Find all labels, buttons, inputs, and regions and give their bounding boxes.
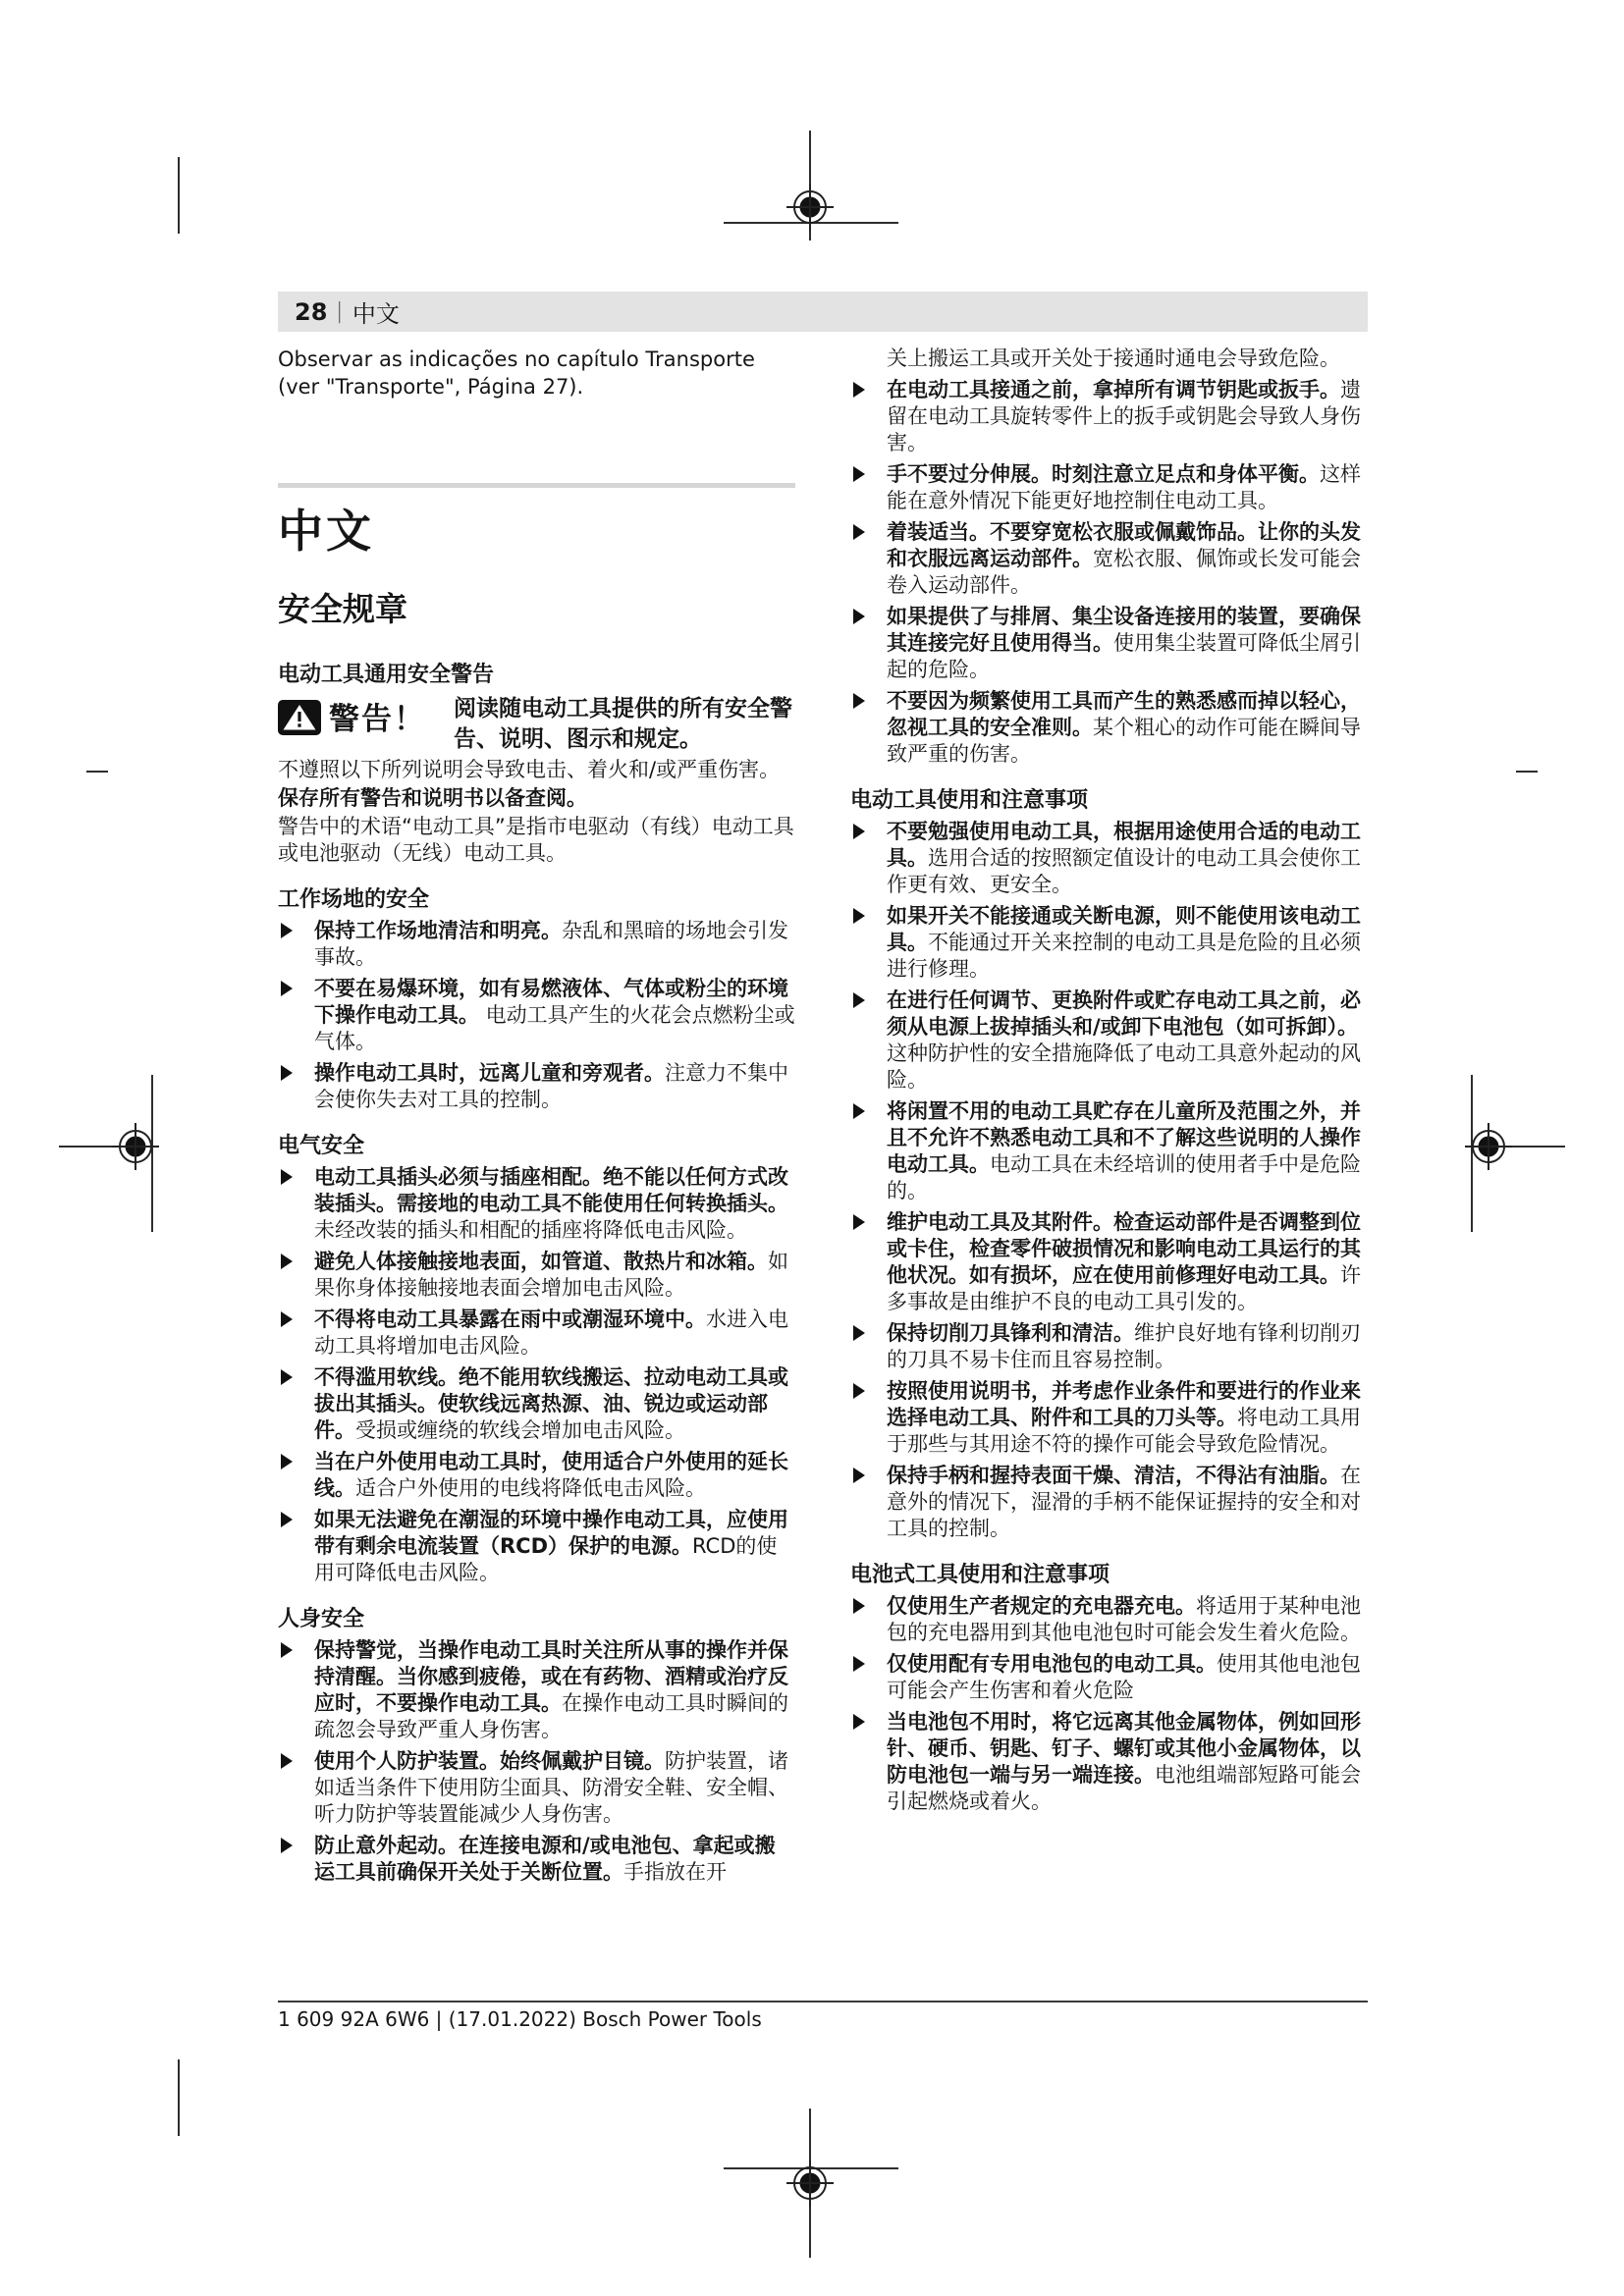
bullet-bold-text: 在电动工具接通之前，拿掉所有调节钥匙或扳手。 [887, 378, 1340, 401]
section-title: 安全规章 [278, 584, 795, 630]
bullet-arrow-icon [281, 981, 293, 996]
paragraph: 警告中的术语“电动工具”是指市电驱动（有线）电动工具或电池驱动（无线）电动工具。 [278, 814, 795, 867]
continuation-paragraph: 关上搬运工具或开关处于接通时通电会导致危险。 [850, 346, 1368, 372]
bullet-item: 不得滥用软线。绝不能用软线搬运、拉动电动工具或拔出其插头。使软线远离热源、油、锐… [278, 1364, 795, 1444]
bullet-bold-text: 将闲置不用的电动工具贮存在儿童所及范围之外，并且不允许不熟悉电动工具和不了解这些… [887, 1099, 1361, 1176]
subsection-heading: 电池式工具使用和注意事项 [850, 1558, 1368, 1588]
bullet-bold-text: 不得将电动工具暴露在雨中或潮湿环境中。 [314, 1308, 706, 1331]
header-separator: | [338, 299, 342, 324]
chapter-title: 中文 [278, 496, 795, 561]
bullet-list: 保持工作场地清洁和明亮。杂乱和黑暗的场地会引发事故。不要在易爆环境，如有易燃液体… [278, 918, 795, 1113]
bullet-bold-text: 按照使用说明书，并考虑作业条件和要进行的作业来选择电动工具、附件和工具的刀头等。 [887, 1379, 1361, 1429]
subsection-heading: 工作场地的安全 [278, 882, 795, 913]
bullet-item: 电动工具插头必须与插座相配。绝不能以任何方式改装插头。需接地的电动工具不能使用任… [278, 1164, 795, 1244]
bullet-arrow-icon [853, 1598, 865, 1614]
bullet-bold-text: 如果开关不能接通或关断电源，则不能使用该电动工具。 [887, 904, 1361, 954]
bullet-arrow-icon [853, 908, 865, 924]
fold-mark-right [1516, 771, 1538, 773]
bullet-item: 保持工作场地清洁和明亮。杂乱和黑暗的场地会引发事故。 [278, 918, 795, 971]
bullet-item: 避免人体接触接地表面，如管道、散热片和冰箱。如果你身体接触接地表面会增加电击风险… [278, 1249, 795, 1302]
bullet-item: 在电动工具接通之前，拿掉所有调节钥匙或扳手。遗留在电动工具旋转零件上的扳手或钥匙… [850, 377, 1368, 456]
bullet-bold-text: 保持手柄和握持表面干燥、清洁，不得沾有油脂。 [887, 1464, 1340, 1487]
bullet-bold-text: 保持切削刀具锋利和清洁。 [887, 1321, 1134, 1345]
crop-mark-top-left [178, 157, 180, 234]
warning-text: 阅读随电动工具提供的所有安全警告、说明、图示和规定。 [454, 694, 795, 755]
bullet-arrow-icon [853, 824, 865, 839]
bullet-item: 如果无法避免在潮湿的环境中操作电动工具，应使用带有剩余电流装置（RCD）保护的电… [278, 1507, 795, 1586]
bullet-item: 着装适当。不要穿宽松衣服或佩戴饰品。让你的头发和衣服远离运动部件。宽松衣服、佩饰… [850, 519, 1368, 599]
left-column: Observar as indicações no capítulo Trans… [278, 346, 795, 1891]
bullet-item: 当在户外使用电动工具时，使用适合户外使用的延长线。适合户外使用的电线将降低电击风… [278, 1449, 795, 1502]
bullet-arrow-icon [281, 923, 293, 938]
bullet-item: 不要在易爆环境，如有易燃液体、气体或粉尘的环境下操作电动工具。 电动工具产生的火… [278, 976, 795, 1055]
bullet-bold-text: 不要因为频繁使用工具而产生的熟悉感而掉以轻心，忽视工具的安全准则。 [887, 689, 1361, 739]
bullet-item: 仅使用生产者规定的充电器充电。将适用于某种电池包的充电器用到其他电池包时可能会发… [850, 1593, 1368, 1646]
bullet-item: 使用个人防护装置。始终佩戴护目镜。防护装置，诸如适当条件下使用防尘面具、防滑安全… [278, 1748, 795, 1828]
bullet-bold-text: 维护电动工具及其附件。检查运动部件是否调整到位或卡住，检查零件破损情况和影响电动… [887, 1210, 1361, 1287]
bullet-item: 操作电动工具时，远离儿童和旁观者。注意力不集中会使你失去对工具的控制。 [278, 1060, 795, 1113]
subsection-heading: 人身安全 [278, 1602, 795, 1632]
bullet-arrow-icon [853, 1214, 865, 1230]
bullet-list: 仅使用生产者规定的充电器充电。将适用于某种电池包的充电器用到其他电池包时可能会发… [850, 1593, 1368, 1815]
bullet-bold-text: 不得滥用软线。绝不能用软线搬运、拉动电动工具或拔出其插头。使软线远离热源、油、锐… [314, 1365, 788, 1442]
bullet-arrow-icon [853, 1103, 865, 1119]
bullet-bold-text: 在进行任何调节、更换附件或贮存电动工具之前，必须从电源上拔掉插头和/或卸下电池包… [887, 988, 1361, 1039]
bullet-arrow-icon [281, 1311, 293, 1327]
warning-triangle-icon [278, 700, 321, 735]
bullet-item: 不要因为频繁使用工具而产生的熟悉感而掉以轻心，忽视工具的安全准则。某个粗心的动作… [850, 688, 1368, 768]
bullet-arrow-icon [281, 1254, 293, 1269]
bullet-item: 如果提供了与排屑、集尘设备连接用的装置，要确保其连接完好且使用得当。使用集尘装置… [850, 604, 1368, 683]
bullet-item: 维护电动工具及其附件。检查运动部件是否调整到位或卡住，检查零件破损情况和影响电动… [850, 1209, 1368, 1315]
warning-label: 警告！ [329, 694, 426, 738]
page-number: 28 [295, 298, 327, 326]
bullet-arrow-icon [853, 1383, 865, 1399]
bullet-list: 保持警觉，当操作电动工具时关注所从事的操作并保持清醒。当你感到疲倦，或在有药物、… [278, 1637, 795, 1886]
right-column: 关上搬运工具或开关处于接通时通电会导致危险。在电动工具接通之前，拿掉所有调节钥匙… [850, 346, 1368, 1820]
bullet-bold-text: 仅使用配有专用电池包的电动工具。 [887, 1652, 1217, 1676]
bullet-bold-text: 当在户外使用电动工具时，使用适合户外使用的延长线。 [314, 1450, 788, 1500]
bullet-arrow-icon [853, 524, 865, 540]
bullet-item: 保持警觉，当操作电动工具时关注所从事的操作并保持清醒。当你感到疲倦，或在有药物、… [278, 1637, 795, 1743]
bullet-bold-text: 避免人体接触接地表面，如管道、散热片和冰箱。 [314, 1250, 768, 1273]
page-footer: 1 609 92A 6W6 | (17.01.2022) Bosch Power… [278, 2001, 1368, 2031]
registration-target-right-icon [1465, 1123, 1512, 1170]
bullet-bold-text: 当电池包不用时，将它远离其他金属物体，例如回形针、硬币、钥匙、钉子、螺钉或其他小… [887, 1710, 1361, 1787]
bullet-arrow-icon [281, 1169, 293, 1185]
fold-mark-left [86, 771, 108, 773]
bullet-item: 按照使用说明书，并考虑作业条件和要进行的作业来选择电动工具、附件和工具的刀头等。… [850, 1378, 1368, 1458]
warning-banner: 警告！阅读随电动工具提供的所有安全警告、说明、图示和规定。 [278, 694, 795, 755]
bullet-item: 在进行任何调节、更换附件或贮存电动工具之前，必须从电源上拔掉插头和/或卸下电池包… [850, 988, 1368, 1094]
bullet-item: 不要勉强使用电动工具，根据用途使用合适的电动工具。选用合适的按照额定值设计的电动… [850, 819, 1368, 898]
bullet-item: 防止意外起动。在连接电源和/或电池包、拿起或搬运工具前确保开关处于关断位置。手指… [278, 1833, 795, 1886]
bullet-arrow-icon [281, 1454, 293, 1469]
bullet-bold-text: 如果无法避免在潮湿的环境中操作电动工具，应使用带有剩余电流装置（RCD）保护的电… [314, 1508, 788, 1558]
bullet-arrow-icon [853, 1714, 865, 1730]
bullet-bold-text: 着装适当。不要穿宽松衣服或佩戴饰品。让你的头发和衣服远离运动部件。 [887, 520, 1361, 570]
bullet-arrow-icon [281, 1369, 293, 1385]
bullet-bold-text: 仅使用生产者规定的充电器充电。 [887, 1594, 1196, 1618]
bullet-bold-text: 电动工具插头必须与插座相配。绝不能以任何方式改装插头。需接地的电动工具不能使用任… [314, 1165, 788, 1215]
registration-target-bottom-icon [786, 2160, 834, 2207]
bullet-list: 在电动工具接通之前，拿掉所有调节钥匙或扳手。遗留在电动工具旋转零件上的扳手或钥匙… [850, 377, 1368, 768]
bullet-bold-text: 使用个人防护装置。始终佩戴护目镜。 [314, 1749, 665, 1773]
bullet-bold-text: 手不要过分伸展。时刻注意立足点和身体平衡。 [887, 462, 1320, 486]
bullet-arrow-icon [281, 1753, 293, 1769]
page-header: 28 | 中文 [278, 292, 1368, 332]
bullet-bold-text: 不要在易爆环境，如有易燃液体、气体或粉尘的环境下操作电动工具。 [314, 977, 788, 1027]
manual-page: { "header": { "page_number": "28", "sepa… [0, 0, 1624, 2296]
footer-text: 1 609 92A 6W6 | (17.01.2022) Bosch Power… [278, 2007, 1368, 2031]
bullet-arrow-icon [853, 466, 865, 482]
bullet-item: 不得将电动工具暴露在雨中或潮湿环境中。水进入电动工具将增加电击风险。 [278, 1307, 795, 1360]
bullet-bold-text: 不要勉强使用电动工具，根据用途使用合适的电动工具。 [887, 820, 1361, 870]
registration-target-left-icon [112, 1123, 159, 1170]
subsection-heading: 电动工具通用安全警告 [278, 658, 795, 688]
registration-target-top-icon [786, 184, 834, 231]
bullet-arrow-icon [853, 1468, 865, 1483]
bullet-arrow-icon [853, 1325, 865, 1341]
bullet-item: 当电池包不用时，将它远离其他金属物体，例如回形针、硬币、钥匙、钉子、螺钉或其他小… [850, 1709, 1368, 1815]
bullet-item: 将闲置不用的电动工具贮存在儿童所及范围之外，并且不允许不熟悉电动工具和不了解这些… [850, 1098, 1368, 1204]
bullet-arrow-icon [853, 693, 865, 709]
header-language: 中文 [352, 294, 400, 329]
bullet-bold-text: 保持警觉，当操作电动工具时关注所从事的操作并保持清醒。当你感到疲倦，或在有药物、… [314, 1638, 788, 1715]
bullet-arrow-icon [853, 1656, 865, 1672]
paragraph: 不遵照以下所列说明会导致电击、着火和/或严重伤害。 [278, 757, 795, 783]
bullet-item: 手不要过分伸展。时刻注意立足点和身体平衡。这样能在意外情况下能更好地控制住电动工… [850, 461, 1368, 514]
bullet-arrow-icon [281, 1642, 293, 1658]
bullet-bold-text: 操作电动工具时，远离儿童和旁观者。 [314, 1061, 665, 1085]
bullet-arrow-icon [853, 609, 865, 624]
bullet-bold-text: 如果提供了与排屑、集尘设备连接用的装置，要确保其连接完好且使用得当。 [887, 605, 1361, 655]
paragraph-bold: 保存所有警告和说明书以备查阅。 [278, 785, 795, 812]
chapter-divider [278, 483, 795, 488]
bullet-item: 仅使用配有专用电池包的电动工具。使用其他电池包可能会产生伤害和着火危险 [850, 1651, 1368, 1704]
bullet-arrow-icon [281, 1065, 293, 1081]
bullet-arrow-icon [853, 992, 865, 1008]
bullet-item: 保持切削刀具锋利和清洁。维护良好地有锋利切削刃的刀具不易卡住而且容易控制。 [850, 1320, 1368, 1373]
bullet-item: 保持手柄和握持表面干燥、清洁，不得沾有油脂。在意外的情况下，湿滑的手柄不能保证握… [850, 1463, 1368, 1542]
bullet-arrow-icon [281, 1512, 293, 1527]
bullet-item: 如果开关不能接通或关断电源，则不能使用该电动工具。不能通过开关来控制的电动工具是… [850, 903, 1368, 983]
portuguese-note: Observar as indicações no capítulo Trans… [278, 346, 795, 400]
footer-rule [278, 2001, 1368, 2002]
bullet-list: 电动工具插头必须与插座相配。绝不能以任何方式改装插头。需接地的电动工具不能使用任… [278, 1164, 795, 1586]
bullet-arrow-icon [853, 382, 865, 398]
bullet-arrow-icon [281, 1838, 293, 1853]
subsection-heading: 电动工具使用和注意事项 [850, 783, 1368, 814]
bullet-bold-text: 保持工作场地清洁和明亮。 [314, 919, 562, 942]
crop-mark-bottom-left [178, 2059, 180, 2136]
bullet-bold-text: 防止意外起动。在连接电源和/或电池包、拿起或搬运工具前确保开关处于关断位置。 [314, 1834, 776, 1884]
subsection-heading: 电气安全 [278, 1129, 795, 1159]
bullet-list: 不要勉强使用电动工具，根据用途使用合适的电动工具。选用合适的按照额定值设计的电动… [850, 819, 1368, 1542]
